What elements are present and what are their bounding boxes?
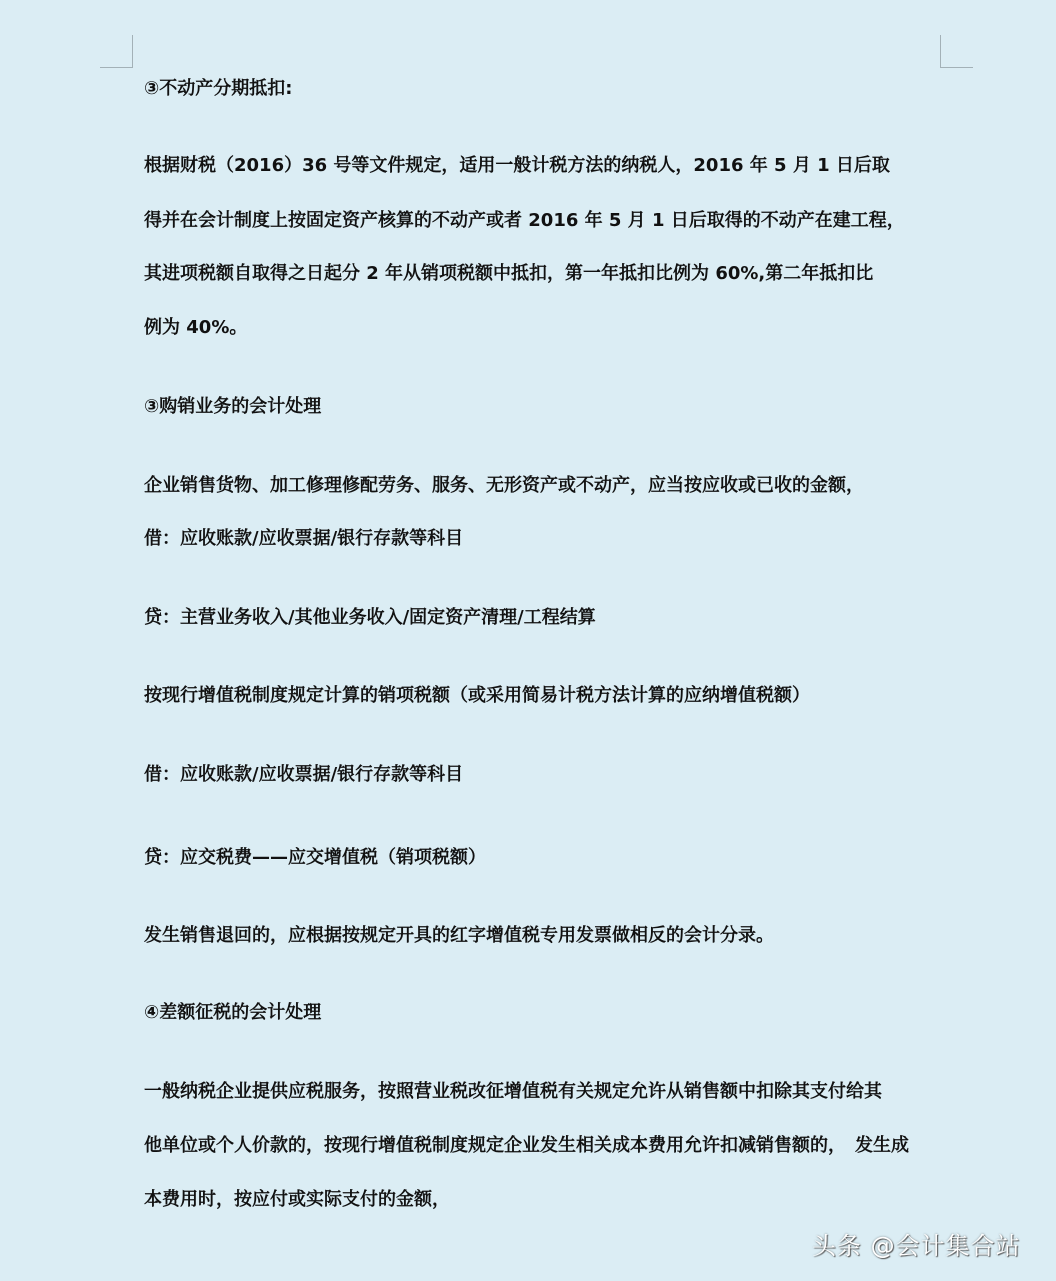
section-heading-differential-taxation: ④差额征税的会计处理 (144, 1001, 321, 1025)
credit-entry-line: 贷：应交税费——应交增值税（销项税额） (144, 846, 486, 870)
paragraph-line: 他单位或个人价款的，按现行增值税制度规定企业发生相关成本费用允许扣减销售额的， … (144, 1134, 909, 1158)
paragraph-line: 例为 40%。 (144, 316, 247, 340)
paragraph-line: 企业销售货物、加工修理修配劳务、服务、无形资产或不动产，应当按应收或已收的金额， (144, 474, 864, 498)
debit-entry-line: 借：应收账款/应收票据/银行存款等科目 (144, 763, 463, 787)
paragraph-line: 按现行增值税制度规定计算的销项税额（或采用简易计税方法计算的应纳增值税额） (144, 684, 810, 708)
section-heading-sales-accounting: ③购销业务的会计处理 (144, 395, 321, 419)
paragraph-line: 本费用时，按应付或实际支付的金额， (144, 1188, 450, 1212)
paragraph-line: 得并在会计制度上按固定资产核算的不动产或者 2016 年 5 月 1 日后取得的… (144, 209, 905, 233)
page-corner-mark-top-right (940, 35, 973, 68)
paragraph-line: 其进项税额自取得之日起分 2 年从销项税额中抵扣，第一年抵扣比例为 60%,第二… (144, 262, 873, 286)
credit-entry-line: 贷：主营业务收入/其他业务收入/固定资产清理/工程结算 (144, 606, 596, 630)
section-heading-real-estate-deduction: ③不动产分期抵扣: (144, 77, 292, 101)
paragraph-line: 一般纳税企业提供应税服务，按照营业税改征增值税有关规定允许从销售额中扣除其支付给… (144, 1080, 882, 1104)
paragraph-line: 发生销售退回的，应根据按规定开具的红字增值税专用发票做相反的会计分录。 (144, 924, 774, 948)
page-corner-mark-top-left (100, 35, 133, 68)
paragraph-line: 根据财税（2016）36 号等文件规定，适用一般计税方法的纳税人，2016 年 … (144, 154, 890, 178)
watermark: 头条 @会计集合站 (812, 1226, 1021, 1261)
debit-entry-line: 借：应收账款/应收票据/银行存款等科目 (144, 527, 463, 551)
